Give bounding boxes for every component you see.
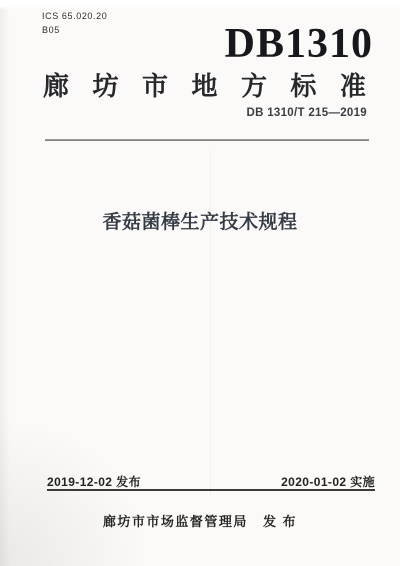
scan-fold-artifact	[210, 150, 211, 496]
document-title: 香菇菌棒生产技术规程	[0, 211, 400, 235]
issue-date: 2019-12-02 发布	[47, 475, 141, 490]
standard-type-heading: 廊 坊 市 地 方 标 准	[43, 72, 366, 100]
standard-type-char: 准	[340, 72, 366, 100]
db-logo: DB1310	[225, 24, 373, 64]
standard-number: DB 1310/T 215—2019	[247, 106, 367, 121]
ics-block: ICS 65.020.20 B05	[42, 9, 107, 37]
dates-row: 2019-12-02 发布 2020-01-02 实施	[47, 475, 375, 490]
standard-type-char: 地	[191, 72, 217, 100]
header-rule	[45, 139, 369, 141]
standard-type-char: 方	[241, 72, 267, 100]
footer-rule	[47, 489, 375, 491]
publisher-row: 廊坊市市场监督管理局 发 布	[0, 513, 400, 531]
ics-code: ICS 65.020.20	[42, 9, 107, 23]
standard-type-char: 坊	[92, 72, 118, 100]
standard-type-char: 廊	[43, 72, 69, 100]
publisher-name: 廊坊市市场监督管理局	[103, 513, 248, 531]
standard-cover-page: ICS 65.020.20 B05 DB1310 廊 坊 市 地 方 标 准 D…	[0, 0, 400, 566]
implementation-date: 2020-01-02 实施	[281, 475, 375, 490]
doc-class-code: B05	[42, 23, 107, 37]
standard-type-char: 标	[290, 72, 316, 100]
standard-type-char: 市	[142, 72, 168, 100]
publish-label: 发 布	[263, 513, 297, 531]
